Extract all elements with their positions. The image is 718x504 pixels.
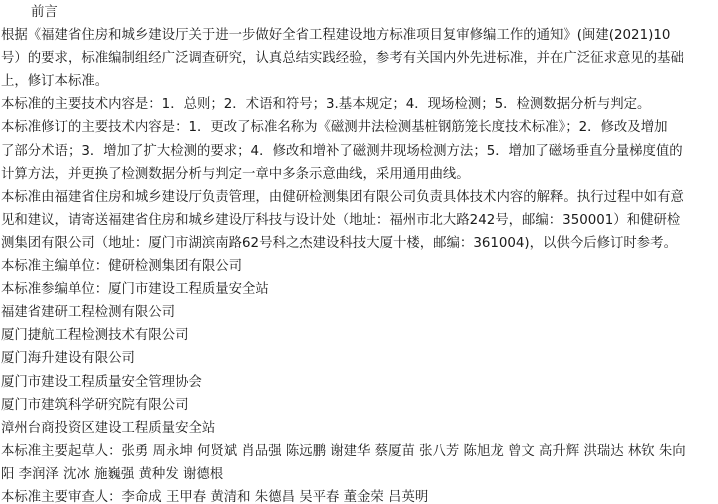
paragraph-main-contents: 本标准的主要技术内容是：1．总则；2．术语和符号；3.基本规定；4．现场检测；5… <box>1 93 717 116</box>
main-drafters-line-1: 本标准主要起草人：张勇 周永坤 何贤斌 肖品强 陈远鹏 谢建华 蔡厦苗 张八芳 … <box>1 440 717 463</box>
paragraph-revision-line-3: 计算方法，并更换了检测数据分析与判定一章中多条示意曲线，采用通用曲线。 <box>1 163 717 186</box>
paragraph-basis-line-3: 上，修订本标准。 <box>1 70 717 93</box>
participating-unit-1: 本标准参编单位：厦门市建设工程质量安全站 <box>1 278 717 301</box>
paragraph-revision-line-2: 了部分术语；3．增加了扩大检测的要求；4．修改和增补了磁测井现场检测方法；5．增… <box>1 140 717 163</box>
participating-unit-7: 漳州台商投资区建设工程质量安全站 <box>1 417 717 440</box>
participating-unit-5: 厦门市建设工程质量安全管理协会 <box>1 371 717 394</box>
paragraph-management-line-2: 见和建议，请寄送福建省住房和城乡建设厅科技与设计处（地址：福州市北大路242号，… <box>1 209 717 232</box>
paragraph-management-line-1: 本标准由福建省住房和城乡建设厅负责管理，由健研检测集团有限公司负责具体技术内容的… <box>1 186 717 209</box>
section-title: 前言 <box>1 1 717 24</box>
paragraph-management-line-3: 测集团有限公司（地址：厦门市湖滨南路62号科之杰建设科技大厦十楼，邮编：3610… <box>1 232 717 255</box>
participating-unit-6: 厦门市建筑科学研究院有限公司 <box>1 394 717 417</box>
main-drafters-line-2: 阳 李润泽 沈冰 施巍强 黄种发 谢德根 <box>1 463 717 486</box>
chief-editor-unit: 本标准主编单位：健研检测集团有限公司 <box>1 255 717 278</box>
participating-unit-2: 福建省建研工程检测有限公司 <box>1 301 717 324</box>
document-body: 前言 根据《福建省住房和城乡建设厅关于进一步做好全省工程建设地方标准项目复审修编… <box>0 0 717 504</box>
paragraph-basis-line-1: 根据《福建省住房和城乡建设厅关于进一步做好全省工程建设地方标准项目复审修编工作的… <box>1 24 717 47</box>
participating-unit-3: 厦门捷航工程检测技术有限公司 <box>1 324 717 347</box>
main-reviewers: 本标准主要审查人：李命成 王甲春 黄清和 朱德昌 吴平春 董金荣 吕英明 <box>1 486 717 504</box>
participating-unit-4: 厦门海升建设有限公司 <box>1 347 717 370</box>
paragraph-revision-line-1: 本标准修订的主要技术内容是：1．更改了标准名称为《磁测井法检测基桩钢筋笼长度技术… <box>1 116 717 139</box>
paragraph-basis-line-2: 号）的要求，标准编制组经广泛调查研究，认真总结实践经验，参考有关国内外先进标准，… <box>1 47 717 70</box>
